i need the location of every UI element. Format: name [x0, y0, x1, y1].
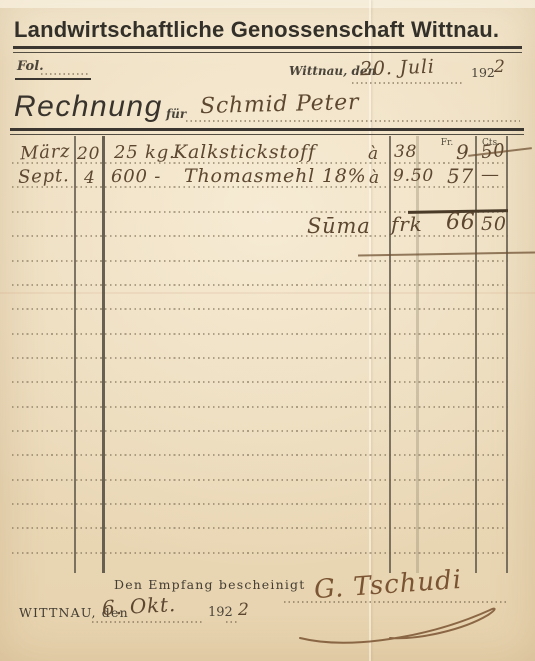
row2-item: Thomasmehl 18%	[184, 165, 367, 187]
fuer-label: für	[166, 107, 186, 121]
row1-per: à	[368, 144, 379, 164]
row1-unit-price: 38	[394, 142, 417, 162]
row2-per: à	[369, 168, 380, 188]
footer-year-printed: 192	[208, 605, 233, 620]
vertical-fold-crease	[369, 0, 371, 661]
fol-underline	[15, 78, 91, 80]
receipt-note: Den Empfang bescheinigt	[114, 577, 305, 592]
total-fr: 66	[446, 210, 476, 235]
customer-name: Schmid Peter	[200, 90, 360, 119]
footer-date-handwritten: 6. Okt.	[101, 592, 176, 620]
row2-qty: 600 -	[111, 166, 161, 187]
row2-fr: 57	[447, 164, 474, 188]
customer-leader	[186, 120, 520, 122]
ruled-line	[12, 454, 508, 456]
table-top-rule-thick	[10, 128, 524, 131]
row2-month: Sept.	[18, 165, 70, 188]
horizontal-fold-crease	[0, 292, 535, 294]
row1-item: Kalkstickstoff	[173, 141, 316, 163]
row1-day: 20	[77, 144, 100, 164]
date-handwritten: 20. Juli	[360, 56, 435, 81]
title-rule-thick	[13, 46, 522, 49]
col-line-light	[416, 136, 419, 573]
title-rule-thin	[13, 52, 522, 53]
total-cts: 50	[481, 213, 507, 235]
date-leader	[352, 82, 464, 84]
ruled-line	[12, 552, 508, 554]
total-label: Sūma	[307, 214, 371, 238]
scan-edge	[0, 0, 535, 8]
ruled-line	[12, 284, 508, 286]
ruled-line	[12, 406, 508, 408]
ruled-line	[12, 260, 508, 262]
fol-label: Fol.	[17, 59, 44, 74]
row2-unit-price: 9.50	[393, 166, 434, 186]
total-pen-flourish	[358, 251, 535, 256]
ruled-line	[12, 333, 508, 335]
signature-flourish	[278, 588, 518, 650]
table-top-rule-thin	[10, 134, 524, 135]
ruled-line	[12, 527, 508, 529]
ruled-line	[12, 357, 508, 359]
year-handwritten: 2	[494, 57, 506, 77]
company-title: Landwirtschaftliche Genossenschaft Wittn…	[14, 17, 499, 43]
ruled-line	[12, 308, 508, 310]
ruled-line	[12, 503, 508, 505]
ruled-line	[12, 381, 508, 383]
footer-year-handwritten: 2	[238, 600, 250, 620]
row1-month: März	[19, 141, 70, 165]
ruled-line	[12, 430, 508, 432]
row2-cts: —	[481, 164, 500, 185]
footer-date-leader	[92, 621, 204, 623]
col-line-fr-cts	[475, 136, 477, 573]
invoice-scan: Landwirtschaftliche Genossenschaft Wittn…	[0, 0, 535, 661]
row1-qty: 25 kg.	[114, 142, 176, 163]
total-currency: frk	[391, 212, 422, 236]
ruled-line	[12, 235, 508, 237]
fol-leader	[41, 73, 90, 75]
ruled-line	[12, 479, 508, 481]
footer-year-leader	[226, 621, 238, 623]
col-line-unitprice	[389, 136, 391, 573]
row1-fr: 9	[456, 140, 470, 164]
row2-day: 4	[84, 168, 96, 188]
document-title: Rechnung	[14, 90, 163, 124]
col-line-day	[102, 136, 105, 573]
year-printed: 192	[471, 65, 495, 80]
col-line-month	[74, 136, 76, 573]
col-line-right	[506, 136, 508, 573]
